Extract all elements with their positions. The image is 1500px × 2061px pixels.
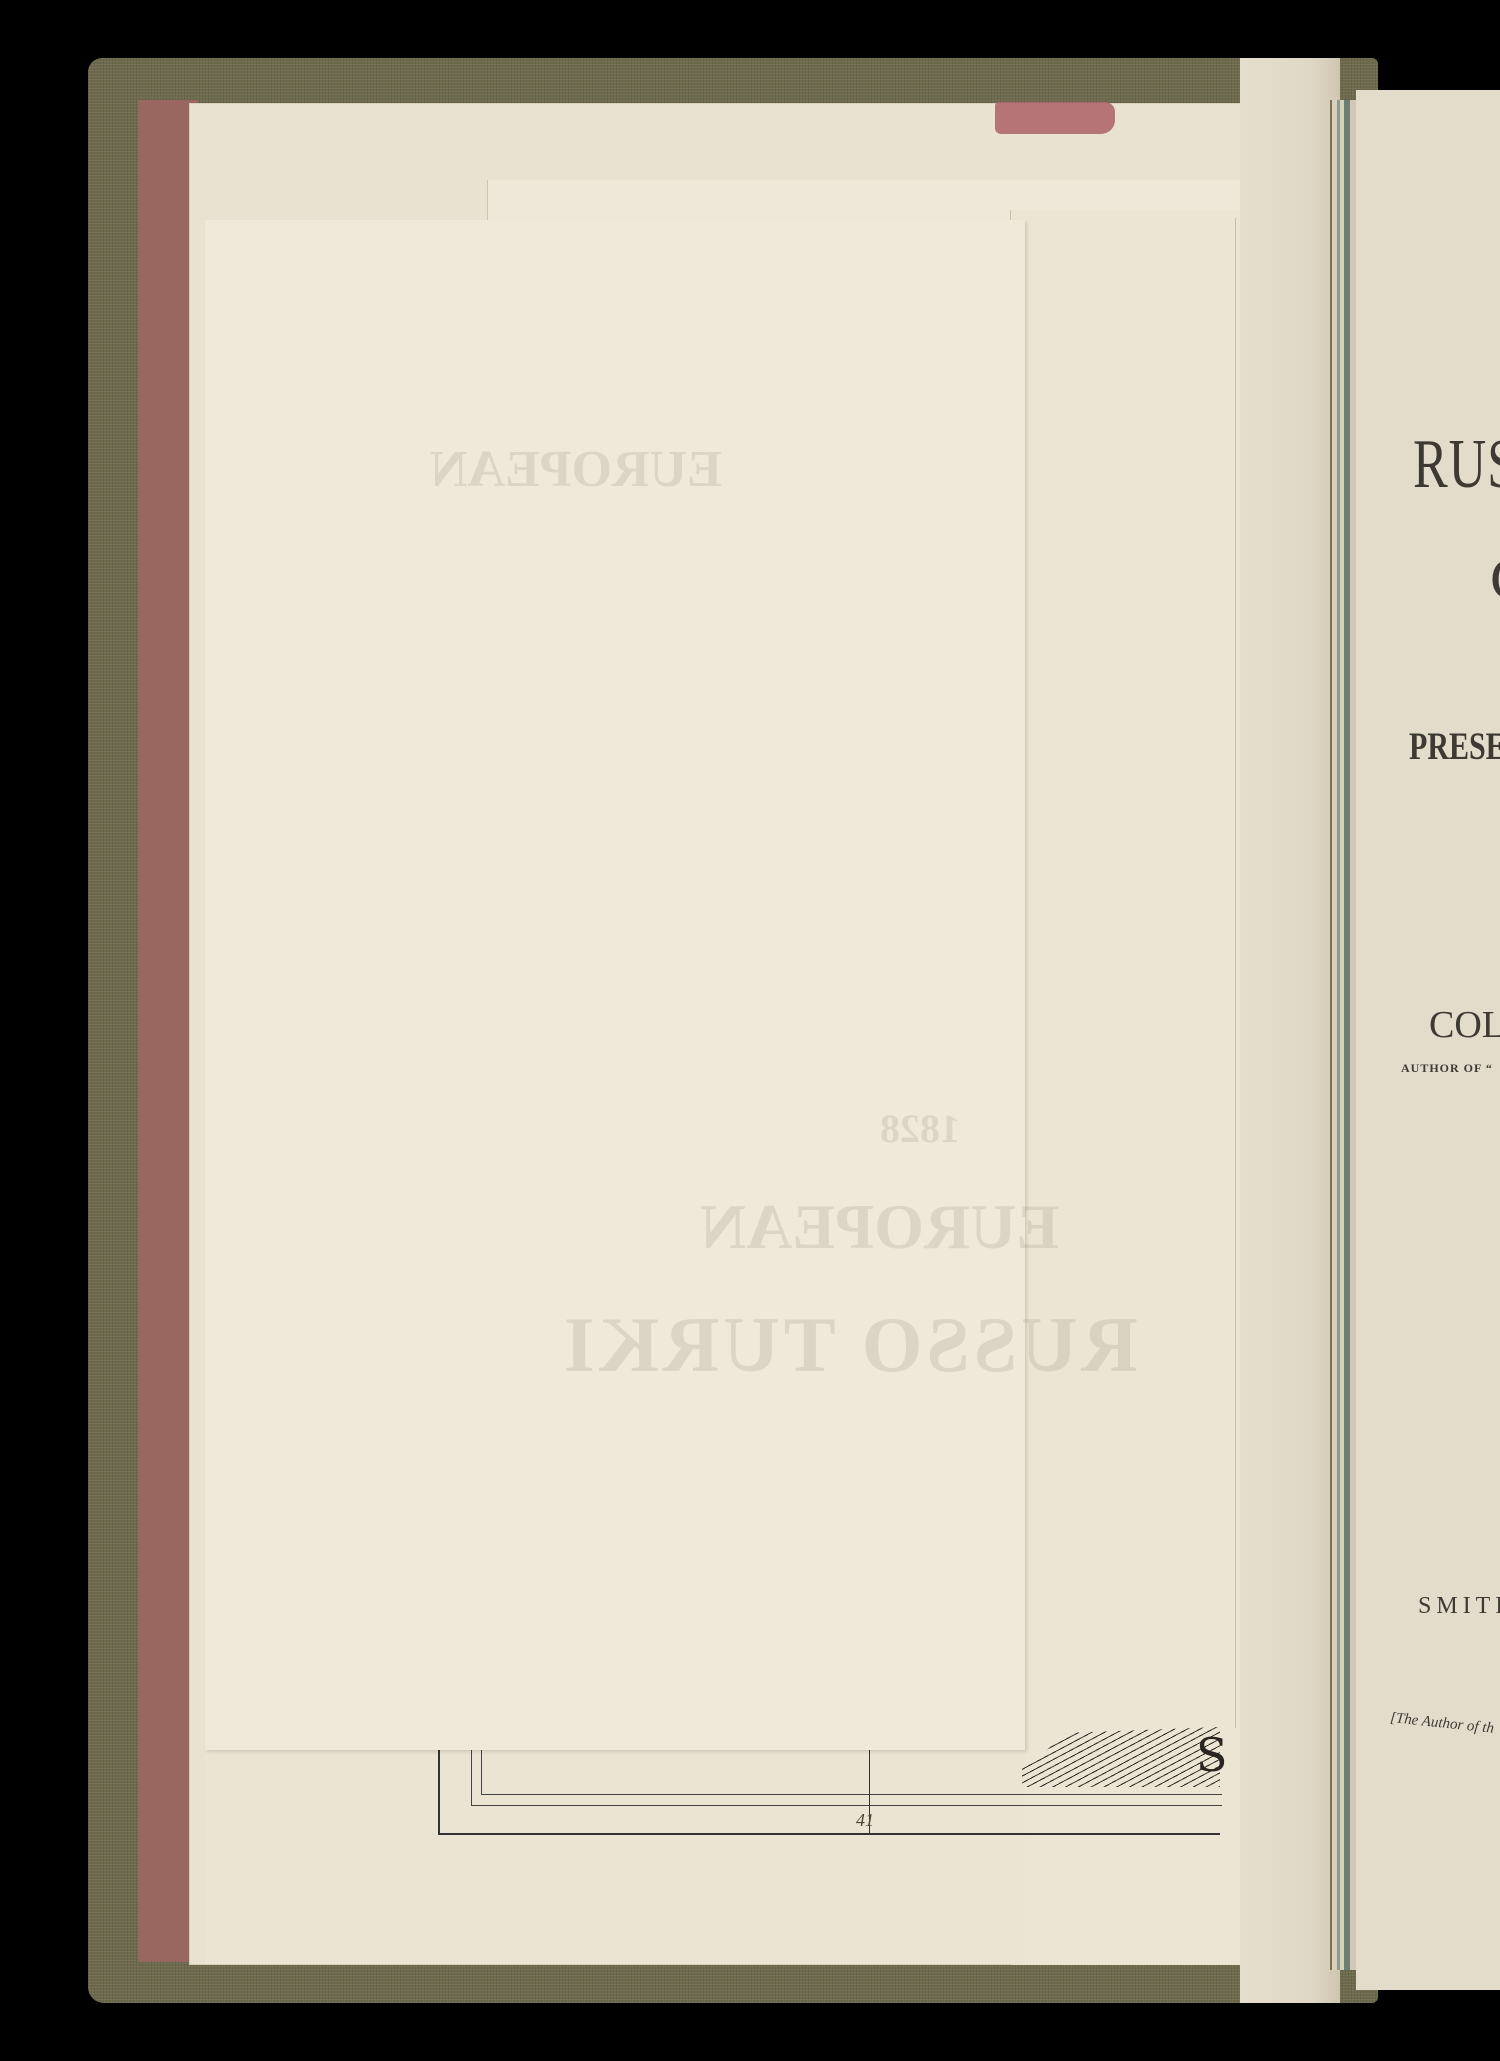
show-through-text: 1828 (880, 1105, 960, 1152)
publisher-line-smith: SMITH (1418, 1593, 1500, 1620)
red-stain (995, 102, 1115, 134)
page-number: 41 (856, 1810, 874, 1831)
fold-edge (1205, 218, 1236, 1728)
show-through-text: EUROPEAN (430, 440, 722, 499)
show-through-text: RUSSO TURKI (560, 1300, 1138, 1390)
page-edges (1330, 100, 1356, 1970)
title-line-present: PRESENT (1409, 725, 1500, 769)
map-corner-letter: S (1196, 1728, 1228, 1782)
endpaper-pastedown (138, 100, 198, 1962)
title-line-russ: RUSS (1413, 425, 1500, 505)
title-line-author-of: AUTHOR OF “ (1401, 1061, 1493, 1076)
title-line-c: C (1490, 545, 1500, 614)
show-through-text: EUROPEAN (700, 1190, 1059, 1264)
title-line-colo: COLO (1429, 1003, 1500, 1047)
page-gutter (1240, 58, 1340, 2003)
